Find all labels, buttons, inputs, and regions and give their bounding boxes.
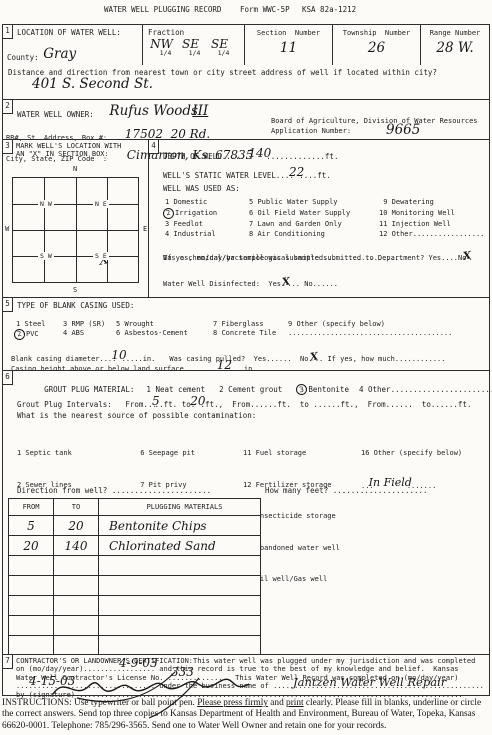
plugging-completed-date-value: 4-9-03 xyxy=(119,659,158,667)
row-2-to: 140 xyxy=(54,536,99,555)
irrigation-circle-mark: 2 xyxy=(162,207,175,220)
grid-line xyxy=(13,230,138,231)
grout-intervals-end: .ft., From......ft. to ......ft., From..… xyxy=(201,400,472,409)
row-4-to xyxy=(54,576,99,595)
row-3-from xyxy=(9,556,54,575)
row-1-material: Bentonite Chips xyxy=(99,516,260,535)
table-row xyxy=(9,575,260,595)
use-option-lawn-and-garden: 7 Lawn and Garden Only xyxy=(249,219,379,230)
disinfected-label-end: ... No...... xyxy=(287,280,338,288)
section-3-4-row: 3 MARK WELL'S LOCATION WITH AN "X" IN SE… xyxy=(2,139,490,298)
certification-line-1: CONTRACTOR'S OR LANDOWNER'S CERTIFICATIO… xyxy=(16,657,487,665)
row-2-from: 20 xyxy=(9,536,54,555)
disinfected-yes-x-mark: X xyxy=(281,275,291,288)
compass-south-label: S xyxy=(73,286,77,294)
owner-value: Rufus Woods xyxy=(109,103,202,119)
casing-asbestos-cement: 6 Asbestos-Cement xyxy=(116,329,213,340)
contam-other-label: 16 Other (specify below) xyxy=(361,448,462,459)
application-number-label: Application Number: xyxy=(271,127,351,135)
use-option-row: 2Irrigation6 Oil Field Water Supply10 Mo… xyxy=(165,208,484,219)
grid-line xyxy=(13,204,138,205)
table-row xyxy=(9,635,260,655)
disinfected-label: Water Well Disinfected: Yes. xyxy=(163,280,285,288)
row-1-to: 20 xyxy=(54,516,99,535)
depth-of-well-label: DEPTH OF WELL....... xyxy=(163,152,253,161)
use-option-injection-well: 11 Injection Well xyxy=(379,220,451,228)
quadrant-se-label: S E xyxy=(93,252,109,260)
casing-fiberglass: 7 Fiberglass xyxy=(213,320,288,328)
plugging-materials-table: FROM TO PLUGGING MATERIALS 5 20 Bentonit… xyxy=(8,498,261,656)
location-row: LOCATION OF WATER WELL: County: Gray Fra… xyxy=(3,25,489,65)
section-number-label: Section Number xyxy=(245,25,332,37)
section-6-grout-plug: 6 GROUT PLUG MATERIAL:1 Neat cement2 Cem… xyxy=(2,370,490,655)
use-option-row: 3 Feedlot7 Lawn and Garden Only11 Inject… xyxy=(165,219,484,230)
section-3-title-line1: MARK WELL'S LOCATION WITH xyxy=(3,140,148,150)
table-row xyxy=(9,555,260,575)
fraction-1: NW 1/4 xyxy=(147,38,176,57)
use-option-dewatering: 9 Dewatering xyxy=(379,198,434,206)
casing-options-row-1: 1 Steel 3 RMP (SR) 5 Wrought 7 Fiberglas… xyxy=(16,320,485,328)
grout-intervals-label: Grout Plug Intervals: From... xyxy=(17,400,157,409)
township-number-label: Township Number xyxy=(333,25,420,37)
section-box-grid: N W N E S W S E X xyxy=(12,177,139,283)
row-4-material xyxy=(99,576,260,595)
range-number-value: 28 W. xyxy=(421,37,489,56)
row-7-material xyxy=(99,636,260,655)
section-1-number: 1 xyxy=(2,24,13,39)
use-option-public-water-supply: 5 Public Water Supply xyxy=(249,197,379,208)
use-option-oil-field-water-supply: 6 Oil Field Water Supply xyxy=(249,208,379,219)
section-1-title: LOCATION OF WATER WELL: xyxy=(3,25,142,37)
use-option-monitoring-well: 10 Monitoring Well xyxy=(379,209,455,217)
casing-options-row-2: 2PVC 4 ABS 6 Asbestos-Cement 8 Concrete … xyxy=(16,329,485,340)
grout-interval-from-value: 5 xyxy=(152,394,160,408)
range-number-cell: Range Number 28 W. xyxy=(420,25,489,65)
fraction-label: Fraction xyxy=(143,25,244,37)
fraction-3-denominator: 1/4 xyxy=(205,49,234,57)
row-6-material xyxy=(99,616,260,635)
casing-other-dots: ....................................... xyxy=(288,329,485,340)
row-5-to xyxy=(54,596,99,615)
distance-value: 401 S. Second St. xyxy=(8,76,489,92)
casing-steel: 1 Steel xyxy=(16,320,63,328)
section-6-number: 6 xyxy=(2,370,13,385)
county-label: County: xyxy=(7,53,39,62)
compass-west-label: W xyxy=(5,225,9,233)
row-4-from xyxy=(9,576,54,595)
owner-value-suffix: III xyxy=(192,103,208,119)
form-title: WATER WELL PLUGGING RECORD xyxy=(104,5,221,14)
quadrant-sw-label: S W xyxy=(38,252,54,260)
chemical-sample-no-x-mark: X xyxy=(463,249,473,262)
business-name-value: Jantzen Water Well Repair xyxy=(293,678,446,686)
row-6-from xyxy=(9,616,54,635)
instructions-underlined-press-firmly: Please press firmly xyxy=(197,698,268,708)
section-number-value: 11 xyxy=(245,37,332,56)
quadrant-ne-label: N E xyxy=(93,200,109,208)
section-5-casing: 5 TYPE OF BLANK CASING USED: 1 Steel 3 R… xyxy=(2,297,490,371)
use-option-air-conditioning: 8 Air Conditioning xyxy=(249,229,379,240)
depth-of-well-value: 140 xyxy=(248,146,271,160)
use-option-domestic: 1 Domestic xyxy=(165,197,249,208)
grout-interval-to-value: 20 xyxy=(190,394,205,408)
table-header-to: TO xyxy=(54,499,99,515)
contamination-question: What is the nearest source of possible c… xyxy=(17,411,256,420)
depth-of-well-dots: .............ft. xyxy=(266,152,338,161)
instructions-part-1: INSTRUCTIONS: Use typewriter or ball poi… xyxy=(2,698,197,708)
township-number-value: 26 xyxy=(333,37,420,56)
application-number-value: 9665 xyxy=(386,122,420,138)
section-4-well-info: 4 DEPTH OF WELL.......140.............ft… xyxy=(149,139,490,298)
row-6-to xyxy=(54,616,99,635)
table-row xyxy=(9,595,260,615)
table-row xyxy=(9,615,260,635)
table-header-materials: PLUGGING MATERIALS xyxy=(99,499,260,515)
direction-from-well-question: Direction from well? ...................… xyxy=(17,486,211,495)
section-3-location-box: 3 MARK WELL'S LOCATION WITH AN "X" IN SE… xyxy=(2,139,149,298)
county-value: Gray xyxy=(43,46,76,62)
well-used-as-label: WELL WAS USED AS: xyxy=(163,184,240,193)
use-option-row: 1 Domestic5 Public Water Supply 9 Dewate… xyxy=(165,197,484,208)
use-option-other: 12 Other................. xyxy=(379,230,484,238)
fraction-3: SE 1/4 xyxy=(205,38,234,57)
section-number-cell: Section Number 11 xyxy=(244,25,332,65)
if-yes-sample-date-label: If yes, mo/day/yr sample was submitted..… xyxy=(163,254,403,262)
compass-north-label: N xyxy=(73,165,77,173)
section-5-title: TYPE OF BLANK CASING USED: xyxy=(3,298,489,310)
fraction-cell: Fraction NW 1/4 SE 1/4 SE 1/4 xyxy=(142,25,244,65)
pvc-circle-mark: 2 xyxy=(13,328,26,341)
owner-label: WATER WELL OWNER: xyxy=(17,110,94,119)
township-number-cell: Township Number 26 xyxy=(332,25,420,65)
static-water-level-value: 22 xyxy=(289,165,304,179)
how-many-feet-question: How many feet? ..................... xyxy=(265,486,428,495)
table-row: 5 20 Bentonite Chips xyxy=(9,515,260,535)
table-header-row: FROM TO PLUGGING MATERIALS xyxy=(9,499,260,515)
form-statute: KSA 82a-1212 xyxy=(302,5,356,14)
contam-fuel-storage: 11 Fuel storage xyxy=(243,448,340,459)
instructions-underlined-print: print xyxy=(286,698,304,708)
use-option-row: 4 Industrial8 Air Conditioning12 Other..… xyxy=(165,229,484,240)
row-5-material xyxy=(99,596,260,615)
instructions-text: INSTRUCTIONS: Use typewriter or ball poi… xyxy=(2,698,490,732)
row-1-from: 5 xyxy=(9,516,54,535)
casing-pvc-circled: 2PVC xyxy=(16,329,63,340)
section-5-number: 5 xyxy=(2,297,13,312)
board-of-agriculture-text: Board of Agriculture, Division of Water … xyxy=(271,117,478,125)
casing-wrought: 5 Wrought xyxy=(116,320,213,328)
row-2-material: Chlorinated Sand xyxy=(99,536,260,555)
quadrant-nw-label: N W xyxy=(38,200,54,208)
casing-concrete-tile: 8 Concrete Tile xyxy=(213,329,288,340)
section-4-number: 4 xyxy=(148,139,159,154)
row-3-material xyxy=(99,556,260,575)
row-7-from xyxy=(9,636,54,655)
compass-east-label: E xyxy=(143,225,147,233)
static-water-level-label: WELL'S STATIC WATER LEVEL.... xyxy=(163,171,294,180)
section-7-number: 7 xyxy=(2,654,13,669)
row-5-from xyxy=(9,596,54,615)
casing-pulled-question-end: .. If yes, how much............ xyxy=(315,355,446,363)
section-2-owner: 2 WATER WELL OWNER: Rufus Woods III RR#,… xyxy=(2,99,490,140)
table-header-from: FROM xyxy=(9,499,54,515)
section-3-title-line2: AN "X" IN SECTION BOX: xyxy=(3,150,148,158)
contamination-column-4: 16 Other (specify below) ...In Field....… xyxy=(361,427,462,512)
grid-line xyxy=(13,256,138,257)
fraction-2-denominator: 1/4 xyxy=(176,49,205,57)
distance-block: Distance and direction from nearest town… xyxy=(3,65,489,92)
water-well-plugging-record-form: WATER WELL PLUGGING RECORD Form WWC-5P K… xyxy=(0,0,492,735)
contam-septic-tank: 1 Septic tank xyxy=(17,448,118,459)
county-cell: LOCATION OF WATER WELL: County: Gray xyxy=(3,25,142,65)
section-2-number: 2 xyxy=(2,99,13,114)
section-1-location: 1 LOCATION OF WATER WELL: County: Gray F… xyxy=(2,24,490,100)
form-number: Form WWC-5P xyxy=(240,5,290,14)
use-option-industrial: 4 Industrial xyxy=(165,229,249,240)
use-option-feedlot: 3 Feedlot xyxy=(165,219,249,230)
casing-rmp: 3 RMP (SR) xyxy=(63,320,116,328)
instructions-part-2: and xyxy=(268,698,286,708)
section-3-number: 3 xyxy=(2,139,13,154)
section-7-certification: 7 CONTRACTOR'S OR LANDOWNER'S CERTIFICAT… xyxy=(2,654,490,696)
table-row: 20 140 Chlorinated Sand xyxy=(9,535,260,555)
row-7-to xyxy=(54,636,99,655)
fraction-2: SE 1/4 xyxy=(176,38,205,57)
row-3-to xyxy=(54,556,99,575)
contam-seepage-pit: 6 Seepage pit xyxy=(136,448,208,459)
well-use-options: 1 Domestic5 Public Water Supply 9 Dewate… xyxy=(165,197,484,240)
use-option-irrigation-circled: 2Irrigation xyxy=(165,208,249,219)
range-number-label: Range Number xyxy=(421,25,489,37)
casing-other: 9 Other (specify below) xyxy=(288,320,485,328)
casing-abs: 4 ABS xyxy=(63,329,116,340)
casing-pulled-no-x-mark: X xyxy=(309,350,319,363)
